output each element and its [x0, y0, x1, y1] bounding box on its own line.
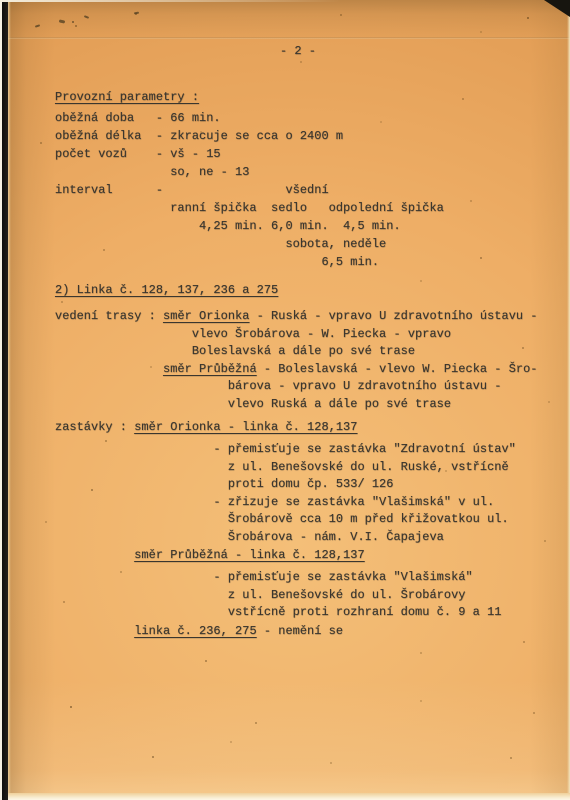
section-heading-linka-128-137-236-275: 2) Linka č. 128, 137, 236 a 275 — [55, 281, 278, 299]
text-segment: vedení trasy : — [55, 309, 163, 323]
text-segment: - Boleslavská - vlevo W. Piecka - Šro- — [257, 362, 538, 376]
text-segment — [55, 624, 134, 638]
text-line: Provozní parametry : — [55, 88, 199, 106]
text-segment — [55, 548, 134, 562]
stops-changes-orionka-block: - přemisťuje se zastávka "Zdravotní ústa… — [55, 441, 516, 546]
text-segment: ranní špička sedlo odpolední špička — [55, 201, 444, 215]
text-segment: sobota, neděle — [55, 237, 386, 251]
text-line: ranní špička sedlo odpolední špička — [55, 199, 444, 217]
pen-mark — [59, 19, 65, 23]
text-segment: - nemění se — [257, 624, 343, 638]
text-segment: Šrobárova - nám. V.I. Čapajeva — [55, 530, 444, 544]
text-line: Šrobárova - nám. V.I. Čapajeva — [55, 529, 516, 547]
underlined-text-segment: Provozní parametry : — [55, 90, 199, 104]
underlined-text-segment: směr Orionka - linka č. 128,137 — [134, 420, 357, 434]
text-line: - přemisťuje se zastávka "Zdravotní ústa… — [55, 441, 516, 459]
text-segment: z ul. Benešovské do ul. Šrobárovy — [55, 588, 465, 602]
text-segment: proti domu čp. 533/ 126 — [55, 477, 393, 491]
stops-intro-line: zastávky : směr Orionka - linka č. 128,1… — [55, 418, 357, 436]
text-segment: z ul. Benešovské do ul. Ruské, vstřícně — [55, 460, 509, 474]
scan-edge-bottom — [8, 793, 570, 800]
text-segment: so, ne - 13 — [55, 165, 249, 179]
text-segment: počet vozů - vš - 15 — [55, 147, 221, 161]
stops-linka-236-275-line: linka č. 236, 275 - nemění se — [55, 622, 343, 640]
text-segment: oběžná délka - zkracuje se cca o 2400 m — [55, 129, 343, 143]
text-segment — [55, 362, 163, 376]
stops-changes-prubezna-block: - přemisťuje se zastávka "Vlašimská" z u… — [55, 569, 501, 622]
text-segment: vlevo Ruská a dále po své trase — [55, 397, 451, 411]
text-line: sobota, neděle — [55, 235, 444, 253]
text-line: interval - všední — [55, 181, 444, 199]
text-line: směr Průběžná - linka č. 128,137 — [55, 546, 365, 564]
paper-crease — [8, 37, 570, 39]
underlined-text-segment: směr Průběžná — [163, 362, 257, 376]
pen-mark — [72, 21, 74, 23]
text-segment: - Ruská - vpravo U zdravotního ústavu - — [249, 309, 537, 323]
text-segment: bárova - vpravo U zdravotního ústavu - — [55, 379, 501, 393]
text-line: z ul. Benešovské do ul. Šrobárovy — [55, 587, 501, 605]
underlined-text-segment: směr Průběžná - linka č. 128,137 — [134, 548, 364, 562]
stops-prubezna-heading-line: směr Průběžná - linka č. 128,137 — [55, 546, 365, 564]
text-line: počet vozů - vš - 15 — [55, 145, 444, 163]
underlined-text-segment: směr Orionka — [163, 309, 249, 323]
pen-mark — [35, 24, 40, 27]
text-line: vedení trasy : směr Orionka - Ruská - vp… — [55, 308, 538, 326]
text-segment: Šrobárově cca 10 m před křižovatkou ul. — [55, 512, 509, 526]
text-line: proti domu čp. 533/ 126 — [55, 476, 516, 494]
text-segment: 6,5 min. — [55, 255, 379, 269]
text-line: - zřizuje se zastávka "Vlašimská" v ul. — [55, 494, 516, 512]
text-segment: 4,25 min. 6,0 min. 4,5 min. — [55, 219, 401, 233]
text-line: linka č. 236, 275 - nemění se — [55, 622, 343, 640]
text-line: Boleslavská a dále po své trase — [55, 343, 538, 361]
text-line: so, ne - 13 — [55, 163, 444, 181]
text-line: - přemisťuje se zastávka "Vlašimská" — [55, 569, 501, 587]
text-line: bárova - vpravo U zdravotního ústavu - — [55, 378, 538, 396]
text-line: 6,5 min. — [55, 253, 444, 271]
text-segment: oběžná doba - 66 min. — [55, 111, 221, 125]
text-line: vlevo Ruská a dále po své trase — [55, 396, 538, 414]
section-heading-provozni-parametry: Provozní parametry : — [55, 88, 199, 106]
text-line: 2) Linka č. 128, 137, 236 a 275 — [55, 281, 278, 299]
text-line: oběžná doba - 66 min. — [55, 109, 444, 127]
page-number: - 2 - — [280, 44, 316, 58]
paper-left-edge-highlight — [8, 0, 11, 800]
text-line: oběžná délka - zkracuje se cca o 2400 m — [55, 127, 444, 145]
text-line: vlevo Šrobárova - W. Piecka - vpravo — [55, 326, 538, 344]
text-segment: vstřícně proti rozhraní domu č. 9 a 11 — [55, 605, 501, 619]
pen-mark — [134, 12, 139, 15]
text-segment: - zřizuje se zastávka "Vlašimská" v ul. — [55, 495, 494, 509]
text-line: zastávky : směr Orionka - linka č. 128,1… — [55, 418, 357, 436]
text-line: vstřícně proti rozhraní domu č. 9 a 11 — [55, 604, 501, 622]
scan-edge-top — [0, 0, 570, 2]
text-line: směr Průběžná - Boleslavská - vlevo W. P… — [55, 361, 538, 379]
text-segment: zastávky : — [55, 420, 134, 434]
underlined-text-segment: 2) Linka č. 128, 137, 236 a 275 — [55, 283, 278, 297]
text-line: 4,25 min. 6,0 min. 4,5 min. — [55, 217, 444, 235]
underlined-text-segment: linka č. 236, 275 — [134, 624, 256, 638]
text-line: Šrobárově cca 10 m před křižovatkou ul. — [55, 511, 516, 529]
page-corner-fold — [544, 0, 570, 17]
text-segment: Boleslavská a dále po své trase — [55, 344, 415, 358]
text-line: z ul. Benešovské do ul. Ruské, vstřícně — [55, 459, 516, 477]
text-segment: interval - všední — [55, 183, 329, 197]
pen-mark — [84, 15, 89, 19]
operating-parameters-block: oběžná doba - 66 min.oběžná délka - zkra… — [55, 109, 444, 271]
text-segment: vlevo Šrobárova - W. Piecka - vpravo — [55, 327, 451, 341]
text-segment: - přemisťuje se zastávka "Vlašimská" — [55, 570, 473, 584]
route-description-block: vedení trasy : směr Orionka - Ruská - vp… — [55, 308, 538, 414]
text-segment: - přemisťuje se zastávka "Zdravotní ústa… — [55, 442, 516, 456]
scanned-document-page: - 2 - Provozní parametry : oběžná doba -… — [0, 0, 570, 800]
